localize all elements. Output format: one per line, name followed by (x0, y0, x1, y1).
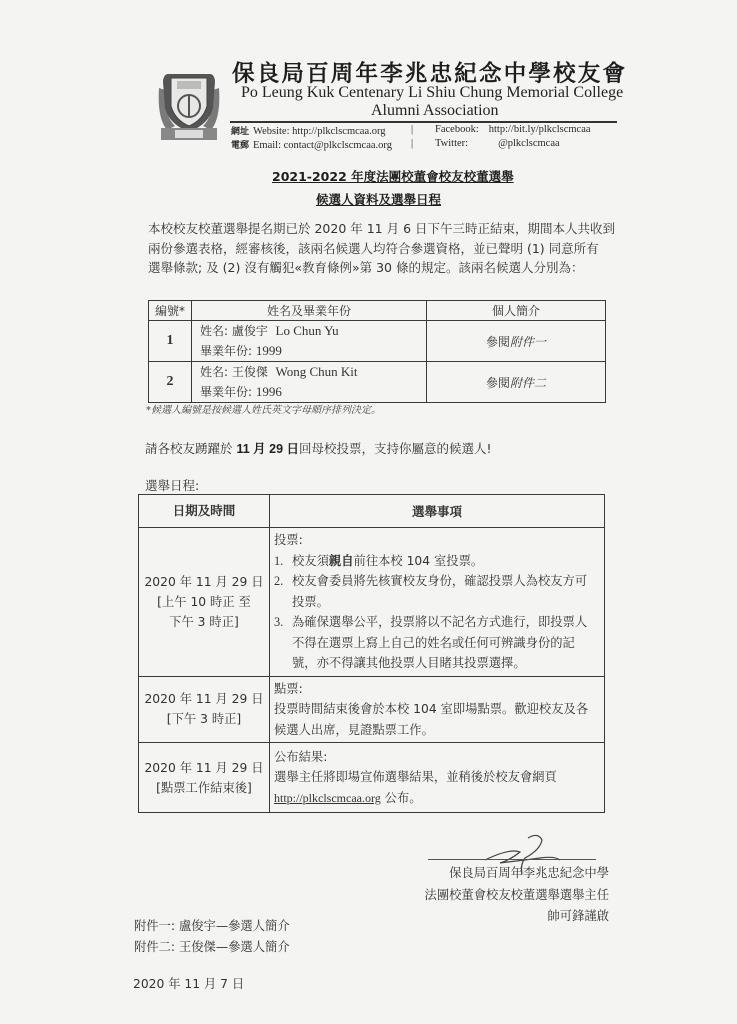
graduation-year: 1996 (256, 384, 282, 399)
step-number: 2. (274, 571, 292, 612)
attachment-item: 附件二: 王俊傑—參選人簡介 (134, 937, 290, 955)
step-emphasis: 親自 (329, 554, 354, 568)
website-link[interactable]: http://plkclscmcaa.org (292, 126, 385, 137)
schedule-time: 下午 3 時正] (140, 612, 268, 632)
list-item: 1.校友須親自前往本校 104 室投票。 (274, 551, 598, 572)
candidate-number: 2 (149, 362, 192, 403)
facebook-link[interactable]: http://bit.ly/plkclscmcaa (489, 124, 591, 135)
separator: | (411, 138, 413, 149)
letterhead-divider (230, 121, 617, 123)
candidate-name-cell: 姓名: 王俊傑 Wong Chun Kit 畢業年份: 1996 (192, 362, 427, 403)
step-number: 3. (274, 612, 292, 674)
schedule-time: [下午 3 時正] (140, 709, 268, 729)
name-label: 姓名: (200, 324, 232, 338)
email-line: 電郵Email: contact@plkclscmcaa.org (231, 138, 392, 151)
profile-prefix: 參閱 (486, 335, 510, 349)
graduation-year: 1999 (256, 343, 282, 358)
table-row: 1 姓名: 盧俊宇 Lo Chun Yu 畢業年份: 1999 參閱附件一 (149, 321, 606, 362)
facebook-label: Facebook: (435, 124, 479, 135)
schedule-time: [上午 10 時正 至 (140, 592, 268, 612)
schedule-table: 日期及時間 選舉事項 2020 年 11 月 29 日 [上午 10 時正 至 … (138, 494, 605, 813)
document-subtitle: 候選人資料及選舉日程 (316, 190, 441, 208)
twitter-label: Twitter: (435, 138, 468, 149)
list-item: 2.校友會委員將先核實校友身份，確認投票人為校友方可投票。 (274, 571, 598, 612)
table-row: 2 姓名: 王俊傑 Wong Chun Kit 畢業年份: 1996 參閱附件二 (149, 362, 606, 403)
event-text: 公布。 (381, 791, 422, 805)
event-heading: 點票: (274, 679, 598, 700)
schedule-datetime: 2020 年 11 月 29 日 [下午 3 時正] (139, 676, 270, 743)
step-text: 校友須 (292, 554, 329, 568)
col-header-profile: 個人簡介 (427, 301, 606, 321)
intro-paragraph: 本校校友校董選舉提名期已於 2020 年 11 月 6 日下午三時正結束，期間本… (148, 219, 615, 278)
year-label: 畢業年份: (200, 344, 256, 358)
signatory-title: 法團校董會校友校董選舉選舉主任 (425, 885, 609, 903)
table-header-row: 日期及時間 選舉事項 (139, 495, 605, 528)
list-item: 3.為確保選舉公平，投票將以不記名方式進行，即投票人不得在選票上寫上自己的姓名或… (274, 612, 598, 674)
twitter-handle[interactable]: @plkclscmcaa (498, 138, 560, 149)
email-link[interactable]: contact@plkclscmcaa.org (284, 140, 392, 151)
schedule-date: 2020 年 11 月 29 日 (140, 689, 268, 709)
schedule-datetime: 2020 年 11 月 29 日 [上午 10 時正 至 下午 3 時正] (139, 528, 270, 677)
attachment-ref: 附件二 (510, 376, 546, 390)
schedule-event: 點票: 投票時間結束後會於本校 104 室即場點票。歡迎校友及各候選人出席，見證… (270, 676, 605, 743)
schedule-event: 公布結果: 選舉主任將即場宣佈選舉結果，並稍後於校友會網頁http://plkc… (270, 743, 605, 813)
schedule-datetime: 2020 年 11 月 29 日 [點票工作結束後] (139, 743, 270, 813)
call-suffix: 回母校投票，支持你屬意的候選人! (299, 441, 492, 456)
table-row: 2020 年 11 月 29 日 [上午 10 時正 至 下午 3 時正] 投票… (139, 528, 605, 677)
candidate-name-en: Lo Chun Yu (276, 323, 339, 338)
twitter-line: Twitter:@plkclscmcaa (435, 138, 560, 149)
schedule-date: 2020 年 11 月 29 日 (140, 572, 268, 592)
website-line: 網址Website: http://plkclscmcaa.org (231, 124, 386, 137)
facebook-line: Facebook:http://bit.ly/plkclscmcaa (435, 124, 591, 135)
attachment-ref: 附件一 (510, 335, 546, 349)
schedule-date: 2020 年 11 月 29 日 (140, 758, 268, 778)
candidate-name-cell: 姓名: 盧俊宇 Lo Chun Yu 畢業年份: 1999 (192, 321, 427, 362)
col-header-event: 選舉事項 (270, 495, 605, 528)
signatory-name: 帥可鋒謹啟 (548, 906, 610, 924)
col-header-datetime: 日期及時間 (139, 495, 270, 528)
website-label: Website: (253, 126, 289, 137)
org-name-en-line2: Alumni Association (371, 102, 499, 120)
step-text: 前往本校 104 室投票。 (354, 554, 484, 568)
candidate-profile-ref: 參閱附件一 (427, 321, 606, 362)
event-heading: 投票: (274, 530, 598, 551)
event-heading: 公布結果: (274, 747, 598, 768)
email-label: Email: (253, 140, 281, 151)
candidate-profile-ref: 參閱附件二 (427, 362, 606, 403)
alumni-website-link[interactable]: http://plkclscmcaa.org (274, 791, 381, 805)
col-header-number: 編號* (149, 301, 192, 321)
vote-date: 11 月 29 日 (236, 442, 299, 456)
table-header-row: 編號* 姓名及畢業年份 個人簡介 (149, 301, 606, 321)
table-row: 2020 年 11 月 29 日 [下午 3 時正] 點票: 投票時間結束後會於… (139, 676, 605, 743)
document-title: 2021-2022 年度法團校董會校友校董選舉 (272, 167, 514, 185)
attachment-item: 附件一: 盧俊宇—參選人簡介 (134, 916, 290, 934)
signature-line (428, 859, 596, 860)
candidate-name-en: Wong Chun Kit (276, 364, 358, 379)
website-label-zh: 網址 (231, 127, 249, 137)
event-text: 選舉主任將即場宣佈選舉結果，並稍後於校友會網頁 (274, 770, 557, 784)
event-text: 投票時間結束後會於本校 104 室即場點票。歡迎校友及各候選人出席，見證點票工作… (274, 699, 598, 740)
document-date: 2020 年 11 月 7 日 (133, 974, 244, 992)
step-number: 1. (274, 551, 292, 572)
candidate-name-zh: 王俊傑 (232, 365, 268, 379)
table-row: 2020 年 11 月 29 日 [點票工作結束後] 公布結果: 選舉主任將即場… (139, 743, 605, 813)
intro-line: 選舉條款; 及 (2) 沒有觸犯«教育條例»第 30 條的規定。該兩名候選人分別… (148, 258, 615, 278)
candidate-number: 1 (149, 321, 192, 362)
col-header-name: 姓名及畢業年份 (192, 301, 427, 321)
candidates-table: 編號* 姓名及畢業年份 個人簡介 1 姓名: 盧俊宇 Lo Chun Yu 畢業… (148, 300, 606, 403)
intro-line: 本校校友校董選舉提名期已於 2020 年 11 月 6 日下午三時正結束，期間本… (148, 219, 615, 239)
school-crest-logo (153, 68, 225, 142)
year-label: 畢業年份: (200, 385, 256, 399)
step-text: 為確保選舉公平，投票將以不記名方式進行，即投票人不得在選票上寫上自己的姓名或任何… (292, 612, 598, 674)
schedule-event: 投票: 1.校友須親自前往本校 104 室投票。 2.校友會委員將先核實校友身份… (270, 528, 605, 677)
call-prefix: 請各校友踴躍於 (145, 441, 236, 456)
intro-line: 兩份參選表格，經審核後，該兩名候選人均符合參選資格，並已聲明 (1) 同意所有 (148, 239, 615, 259)
signatory-org: 保良局百周年李兆忠紀念中學 (449, 863, 609, 881)
candidate-name-zh: 盧俊宇 (232, 324, 268, 338)
email-label-zh: 電郵 (231, 141, 249, 151)
table-footnote: *候選人編號是按候選人姓氏英文字母順序排列決定。 (146, 401, 381, 416)
step-text: 校友會委員將先核實校友身份，確認投票人為校友方可投票。 (292, 571, 598, 612)
profile-prefix: 參閱 (486, 376, 510, 390)
schedule-label: 選舉日程: (145, 476, 199, 494)
name-label: 姓名: (200, 365, 232, 379)
schedule-time: [點票工作結束後] (140, 778, 268, 798)
org-name-en-line1: Po Leung Kuk Centenary Li Shiu Chung Mem… (241, 84, 623, 102)
voting-steps: 1.校友須親自前往本校 104 室投票。 2.校友會委員將先核實校友身份，確認投… (274, 551, 598, 674)
separator: | (411, 124, 413, 135)
call-to-vote: 請各校友踴躍於 11 月 29 日回母校投票，支持你屬意的候選人! (145, 439, 492, 457)
